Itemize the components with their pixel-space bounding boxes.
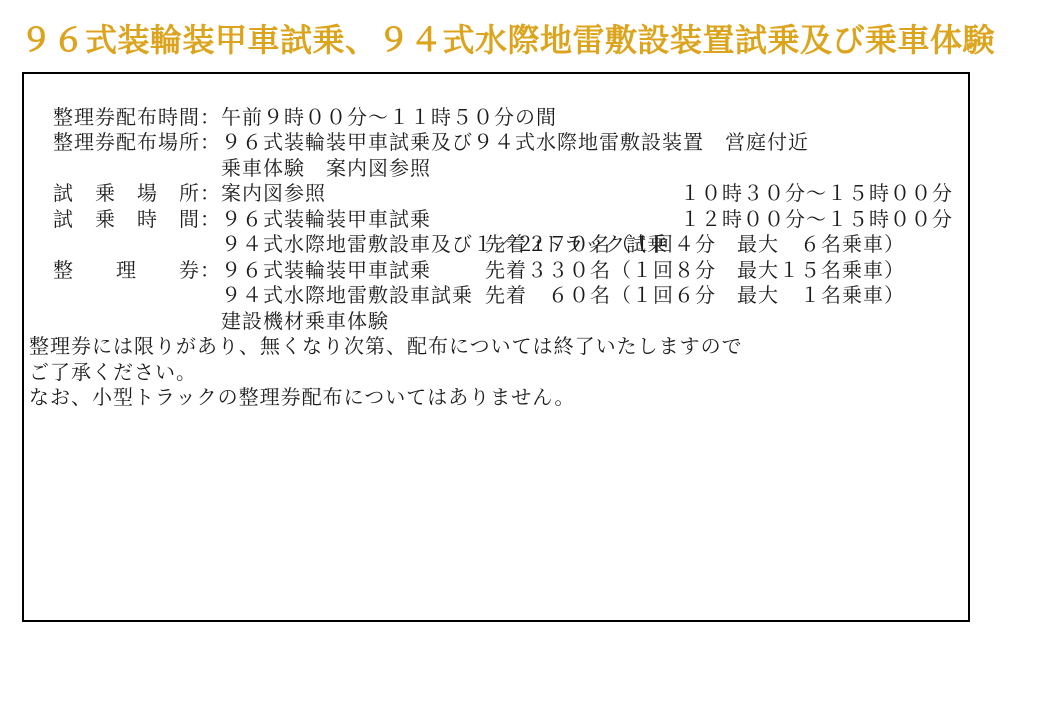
- note-line-3: なお、小型トラックの整理券配布についてはありません。: [29, 386, 968, 412]
- info-row-ticket-2: ９４式水際地雷敷設車試乗 先着３３０名（１回８分 最大１５名乗車）: [29, 259, 968, 285]
- info-row-ticket-3: 建設機材乗車体験 先着 ６０名（１回６分 最大 １名乗車）: [29, 284, 968, 310]
- row-count: 先着２７０名（１回４分 最大 ６名乗車）: [485, 233, 905, 259]
- row-content: 建設機材乗車体験: [221, 311, 389, 333]
- page-title: ９６式装輪装甲車試乗、９４式水際地雷敷設装置試乗及び乗車体験: [20, 21, 995, 59]
- info-row-ride-place: 試 乗 場 所：案内図参照: [29, 157, 968, 183]
- note-line-1: 整理券には限りがあり、無くなり次第、配布については終了いたしますので: [29, 335, 968, 361]
- row-time: １０時３０分～１５時００分: [680, 182, 953, 208]
- info-row-ticket-1: 整 理 券：９６式装輪装甲車試乗 先着２７０名（１回４分 最大 ６名乗車）: [29, 233, 968, 259]
- row-time: １２時００分～１５時００分: [680, 208, 953, 234]
- row-count: 先着３３０名（１回８分 最大１５名乗車）: [485, 259, 905, 285]
- info-box: 整理券配布時間：午前９時００分～１１時５０分の間 整理券配布場所：９６式装輪装甲…: [22, 72, 970, 622]
- note-line-2: ご了承ください。: [29, 361, 968, 387]
- row-count: 先着 ６０名（１回６分 最大 １名乗車）: [485, 284, 905, 310]
- info-row-ticket-time: 整理券配布時間：午前９時００分～１１時５０分の間: [29, 80, 968, 106]
- info-row-ride-time-2: ９４式水際地雷敷設車及び１／２tトラック試乗 １２時００分～１５時００分: [29, 208, 968, 234]
- info-row-ride-time-1: 試 乗 時 間：９６式装輪装甲車試乗 １０時３０分～１５時００分: [29, 182, 968, 208]
- page: { "title": { "text": "９６式装輪装甲車試乗、９４式水際地雷…: [0, 0, 1040, 720]
- info-row-ticket-place: 整理券配布場所：９６式装輪装甲車試乗及び９４式水際地雷敷設装置 営庭付近: [29, 106, 968, 132]
- info-row-ticket-place-cont: 乗車体験 案内図参照: [29, 131, 968, 157]
